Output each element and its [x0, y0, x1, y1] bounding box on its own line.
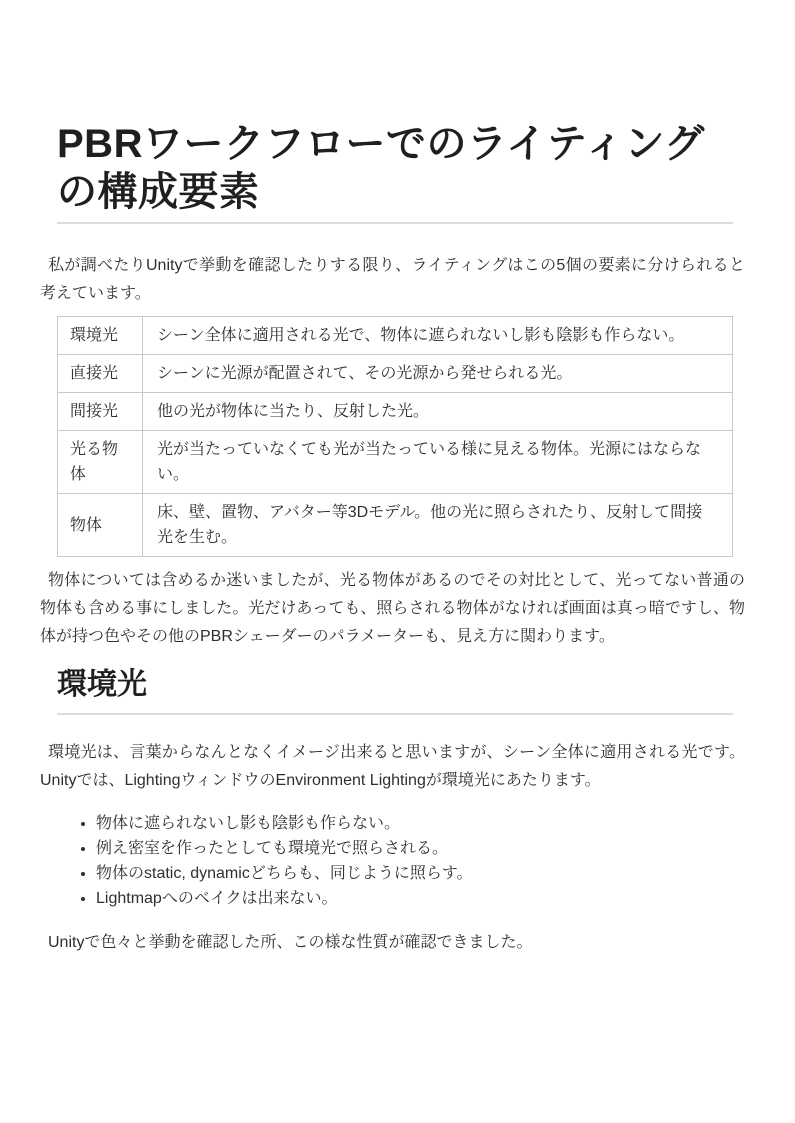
table-row-ambient-light: 環境光 シーン全体に適用される光で、物体に遮られないし影も陰影も作らない。 [58, 317, 733, 355]
term-cell: 物体 [58, 494, 143, 557]
article-title-line-2: の構成要素 [57, 168, 733, 216]
list-item: 物体に遮られないし影も陰影も作らない。 [96, 811, 745, 836]
desc-cell: 床、壁、置物、アバター等3Dモデル。他の光に照らされたり、反射して間接光を生む。 [143, 494, 733, 557]
desc-cell: 他の光が物体に当たり、反射した光。 [143, 393, 733, 431]
table-row-indirect-light: 間接光 他の光が物体に当たり、反射した光。 [58, 393, 733, 431]
term-cell: 間接光 [58, 393, 143, 431]
table-row-direct-light: 直接光 シーンに光源が配置されて、その光源から発せられる光。 [58, 355, 733, 393]
table-row-emissive-object: 光る物体 光が当たっていなくても光が当たっている様に見える物体。光源にはならない… [58, 431, 733, 494]
desc-cell: シーンに光源が配置されて、その光源から発せられる光。 [143, 355, 733, 393]
list-item: 例え密室を作ったとしても環境光で照らされる。 [96, 836, 745, 861]
term-cell: 環境光 [58, 317, 143, 355]
lighting-elements-table: 環境光 シーン全体に適用される光で、物体に遮られないし影も陰影も作らない。 直接… [57, 316, 733, 557]
intro-paragraph: 私が調べたりUnityで挙動を確認したりする限り、ライティングはこの5個の要素に… [40, 252, 745, 308]
list-item: 物体のstatic, dynamicどちらも、同じように照らす。 [96, 861, 745, 886]
closing-paragraph: Unityで色々と挙動を確認した所、この様な性質が確認できました。 [40, 929, 745, 957]
article-page: PBRワークフローでのライティング の構成要素 私が調べたりUnityで挙動を確… [0, 0, 795, 957]
term-cell: 直接光 [58, 355, 143, 393]
ambient-light-paragraph: 環境光は、言葉からなんとなくイメージ出来ると思いますが、シーン全体に適用される光… [40, 739, 745, 795]
ambient-light-properties-list: 物体に遮られないし影も陰影も作らない。 例え密室を作ったとしても環境光で照らされ… [40, 811, 745, 911]
desc-cell: 光が当たっていなくても光が当たっている様に見える物体。光源にはならない。 [143, 431, 733, 494]
desc-cell: シーン全体に適用される光で、物体に遮られないし影も陰影も作らない。 [143, 317, 733, 355]
after-table-paragraph: 物体については含めるか迷いましたが、光る物体があるのでその対比として、光ってない… [40, 567, 745, 651]
term-cell: 光る物体 [58, 431, 143, 494]
article-title-line-1: PBRワークフローでのライティング [57, 120, 733, 168]
table-row-object: 物体 床、壁、置物、アバター等3Dモデル。他の光に照らされたり、反射して間接光を… [58, 494, 733, 557]
section-heading-ambient-light: 環境光 [57, 663, 733, 715]
list-item: Lightmapへのベイクは出来ない。 [96, 886, 745, 911]
lighting-elements-table-body: 環境光 シーン全体に適用される光で、物体に遮られないし影も陰影も作らない。 直接… [58, 317, 733, 557]
article-title: PBRワークフローでのライティング の構成要素 [57, 120, 733, 224]
